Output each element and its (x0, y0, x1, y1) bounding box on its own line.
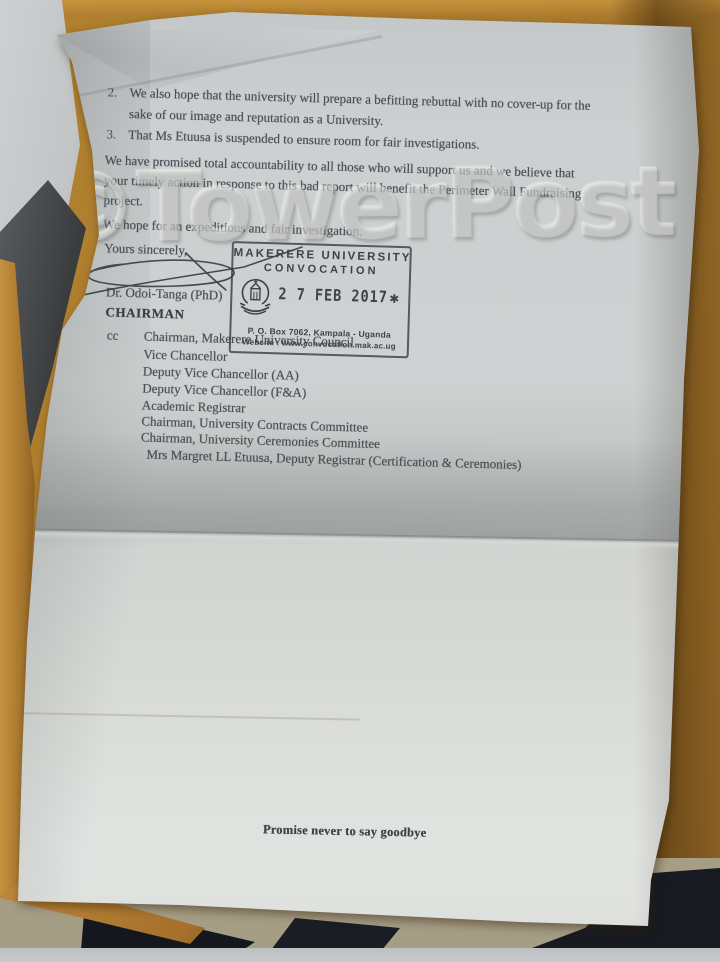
paragraph-1-line-3: project. (103, 192, 143, 208)
letter-page-wrap: 2. We also hope that the university will… (0, 0, 720, 962)
letter-page: 2. We also hope that the university will… (0, 0, 720, 962)
convocation-stamp: MAKERERE UNIVERSITY CONVOCATION 2 7 FEB (229, 241, 412, 358)
university-crest-icon (237, 275, 274, 318)
photo-of-letter: 2. We also hope that the university will… (0, 0, 720, 962)
cc-recipient: Vice Chancellor (143, 346, 227, 364)
list-item-3-line-1: That Ms Etuusa is suspended to ensure ro… (128, 127, 480, 152)
footer-note: Promise never to say goodbye (263, 822, 427, 840)
star-icon: ✱ (389, 292, 399, 306)
cc-label: cc (107, 327, 119, 342)
list-item-2-line-2: sake of our image and reputation as a Un… (129, 106, 384, 128)
signatory-title: CHAIRMAN (105, 304, 185, 321)
list-number: 2. (107, 84, 117, 100)
stamp-date: 2 7 FEB 2017 (278, 285, 388, 307)
list-number: 3. (106, 126, 116, 142)
